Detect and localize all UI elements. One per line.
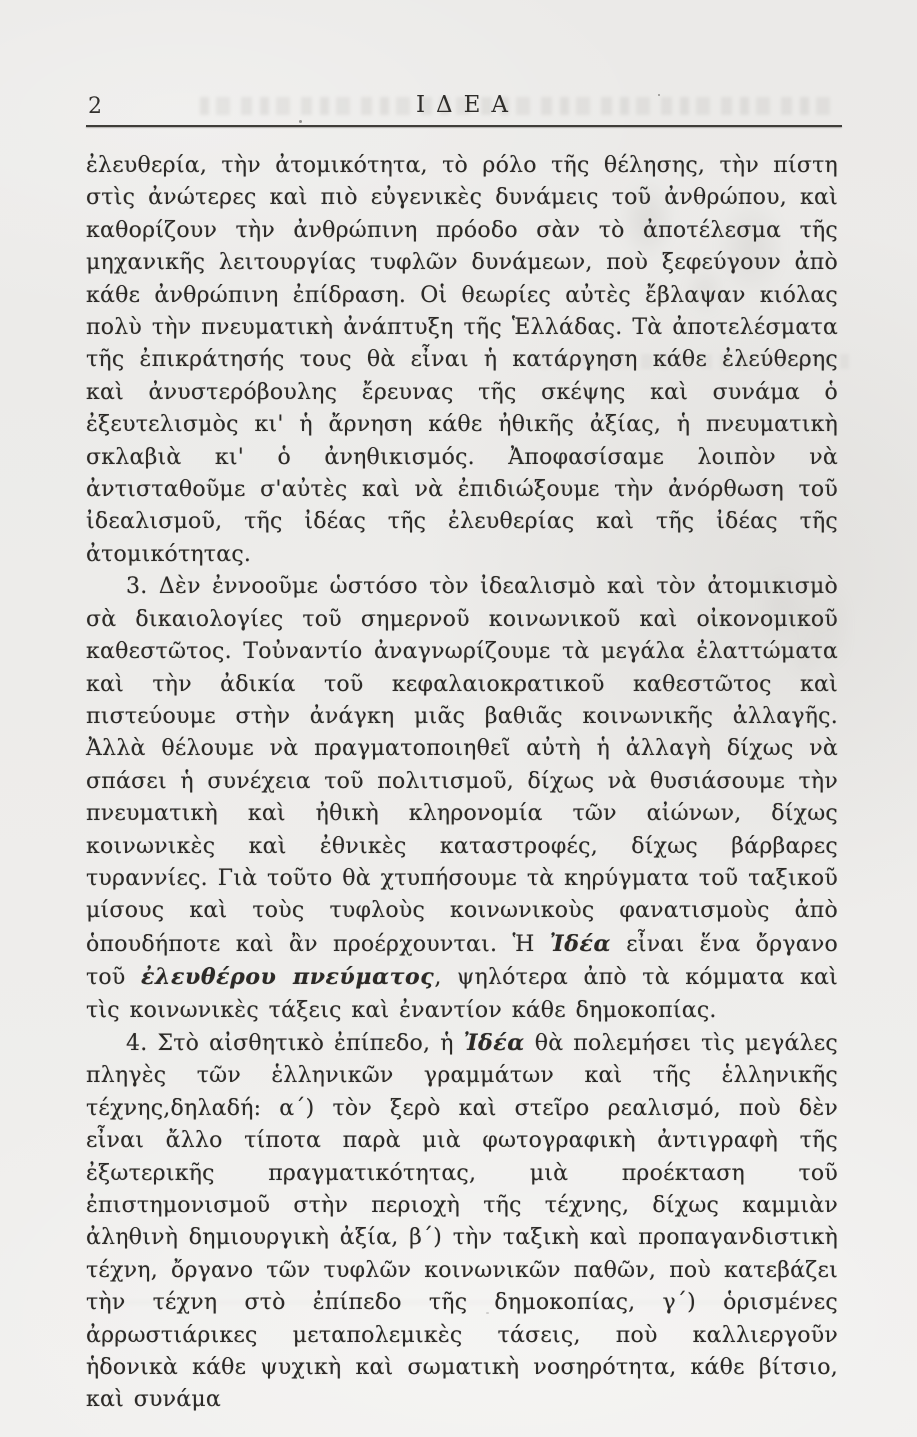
header-rule	[86, 125, 842, 127]
text-segment: ἐλευθερία, τὴν ἀτομικότητα, τὸ ρόλο τῆς …	[86, 153, 838, 567]
page-body: ἐλευθερία, τὴν ἀτομικότητα, τὸ ρόλο τῆς …	[86, 150, 838, 1417]
page-header: 2 ΙΔΕΑ	[86, 92, 838, 128]
paragraph-4: 4. Στὸ αἰσθητικὸ ἐπίπεδο, ἡ Ἰδέα θὰ πολε…	[86, 1027, 838, 1417]
running-title: ΙΔΕΑ	[86, 92, 838, 118]
text-segment: 4. Στὸ αἰσθητικὸ ἐπίπεδο, ἡ	[126, 1031, 464, 1056]
paragraph-3: 3. Δὲν ἐννοοῦμε ὡστόσο τὸν ἰδεαλισμὸ καὶ…	[86, 571, 838, 1027]
text-segment: θὰ πολεμήσει τὶς μεγάλες πληγὲς τῶν ἑλλη…	[86, 1031, 838, 1412]
text-segment-emphasis: ἐλευθέρου πνεύματος	[141, 964, 434, 990]
text-segment: 3. Δὲν ἐννοοῦμε ὡστόσο τὸν ἰδεαλισμὸ καὶ…	[86, 574, 838, 956]
text-segment-emphasis: Ἰδέα	[550, 931, 611, 957]
text-segment-emphasis: Ἰδέα	[464, 1030, 525, 1056]
paragraph-continuation: ἐλευθερία, τὴν ἀτομικότητα, τὸ ρόλο τῆς …	[86, 150, 838, 571]
scanned-page: 2 ΙΔΕΑ ἐλευθερία, τὴν ἀτομικότητα, τὸ ρό…	[0, 0, 917, 1437]
